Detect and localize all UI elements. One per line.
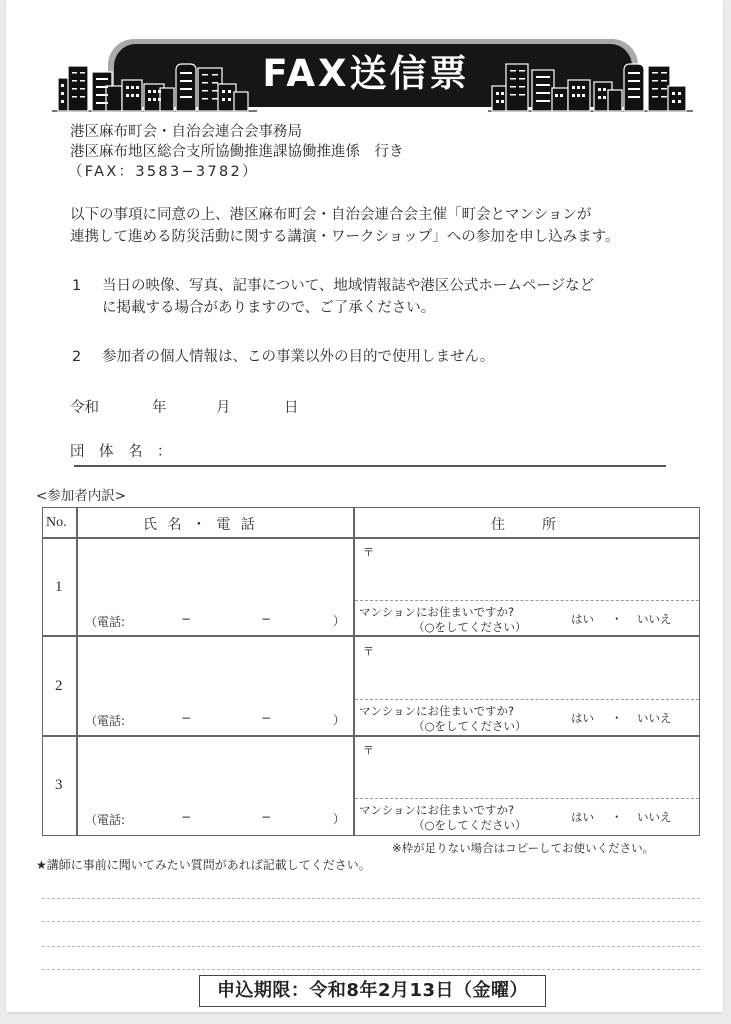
address-divider <box>355 798 699 799</box>
page-title: FAX送信票 <box>216 46 516 102</box>
city-skyline-right-icon <box>488 58 693 112</box>
row-number: 3 <box>55 777 63 794</box>
address-divider <box>355 699 699 700</box>
row-divider <box>43 735 699 737</box>
participants-section-title: <参加者内訳> <box>36 487 126 506</box>
note-1-line-2: に掲載する場合がありますので、ご了承ください。 <box>102 299 435 318</box>
phone-separator: − <box>181 810 191 824</box>
group-name-underline <box>74 465 666 467</box>
copy-note: ※枠が足りない場合はコピーしてお使いください。 <box>392 839 654 858</box>
phone-label: （電話: <box>85 811 125 828</box>
question-line <box>42 969 700 970</box>
postal-mark-icon: 〒 <box>363 544 374 560</box>
row-divider <box>43 635 699 637</box>
postal-mark-icon: 〒 <box>363 643 374 659</box>
phone-separator: − <box>261 612 271 626</box>
note-1-line-1: 当日の映像、写真、記事について、地域情報誌や港区公式ホームページなど <box>102 277 594 296</box>
address-divider <box>355 600 699 601</box>
phone-label: （電話: <box>85 613 125 630</box>
postal-mark-icon: 〒 <box>363 742 374 758</box>
mansion-yes-option[interactable]: はい <box>571 710 594 726</box>
column-header-no: No. <box>46 515 67 531</box>
fax-form-page: FAX送信票 <box>6 0 723 1012</box>
questions-prompt: ★講師に事前に聞いてみたい質問があれば記載してください。 <box>36 856 371 875</box>
option-separator: ・ <box>611 611 623 627</box>
phone-close: ） <box>333 711 345 728</box>
participants-table: No. 氏 名 ・ 電 話 住 所 1 （電話: − − ） 〒 マンションにお… <box>42 507 700 836</box>
group-name-label: 団 体 名 ： <box>70 443 172 462</box>
mansion-yes-option[interactable]: はい <box>571 611 594 627</box>
column-header-address: 住 所 <box>491 514 559 534</box>
col-divider <box>76 508 78 835</box>
phone-separator: − <box>261 711 271 725</box>
intro-line-2: 連携して進める防災活動に関する講演・ワークショップ」への参加を申し込みます。 <box>70 228 620 247</box>
intro-line-1: 以下の事項に同意の上、港区麻布町会・自治会連合会主催「町会とマンションが <box>70 206 591 225</box>
fax-header-banner: FAX送信票 <box>46 36 696 116</box>
date-year-label: 年 <box>152 399 167 418</box>
recipient-line-1: 港区麻布町会・自治会連合会事務局 <box>70 123 302 142</box>
mansion-question: マンションにお住まいですか? <box>359 802 514 818</box>
header-divider <box>43 537 699 539</box>
column-header-name-phone: 氏 名 ・ 電 話 <box>143 514 258 534</box>
address-field[interactable] <box>377 740 695 794</box>
phone-separator: − <box>261 810 271 824</box>
recipient-line-2: 港区麻布地区総合支所協働推進課協働推進係 行き <box>70 143 404 162</box>
row-number: 2 <box>55 678 63 695</box>
date-month-label: 月 <box>216 399 231 418</box>
mansion-hint: （○をしてください） <box>413 718 527 734</box>
phone-separator: − <box>181 612 191 626</box>
question-line <box>42 946 700 947</box>
mansion-question: マンションにお住まいですか? <box>359 703 514 719</box>
name-field[interactable] <box>79 540 351 602</box>
date-era-label: 令和 <box>70 399 99 418</box>
deadline-box: 申込期限：令和8年2月13日（金曜） <box>199 975 546 1007</box>
col-divider <box>353 508 355 835</box>
note-2-line-1: 参加者の個人情報は、この事業以外の目的で使用しません。 <box>102 348 494 367</box>
note-1-number: 1 <box>72 277 81 296</box>
phone-close: ） <box>333 810 345 827</box>
mansion-no-option[interactable]: いいえ <box>637 710 672 726</box>
mansion-hint: （○をしてください） <box>413 817 527 833</box>
phone-close: ） <box>333 612 345 629</box>
option-separator: ・ <box>611 710 623 726</box>
group-name-field[interactable] <box>186 441 664 463</box>
questions-field[interactable] <box>36 876 700 972</box>
question-line <box>42 921 700 922</box>
recipient-fax-number: （FAX：3583−3782） <box>68 163 259 182</box>
mansion-no-option[interactable]: いいえ <box>637 809 672 825</box>
phone-separator: − <box>181 711 191 725</box>
question-line <box>42 898 700 899</box>
mansion-yes-option[interactable]: はい <box>571 809 594 825</box>
row-number: 1 <box>55 579 63 596</box>
address-field[interactable] <box>377 641 695 695</box>
mansion-hint: （○をしてください） <box>413 619 527 635</box>
note-2-number: 2 <box>72 348 81 367</box>
date-day-label: 日 <box>284 399 299 418</box>
name-field[interactable] <box>79 639 351 701</box>
city-skyline-left-icon <box>52 58 257 112</box>
address-field[interactable] <box>377 542 695 596</box>
name-field[interactable] <box>79 739 351 801</box>
option-separator: ・ <box>611 809 623 825</box>
phone-label: （電話: <box>85 712 125 729</box>
mansion-question: マンションにお住まいですか? <box>359 604 514 620</box>
mansion-no-option[interactable]: いいえ <box>637 611 672 627</box>
